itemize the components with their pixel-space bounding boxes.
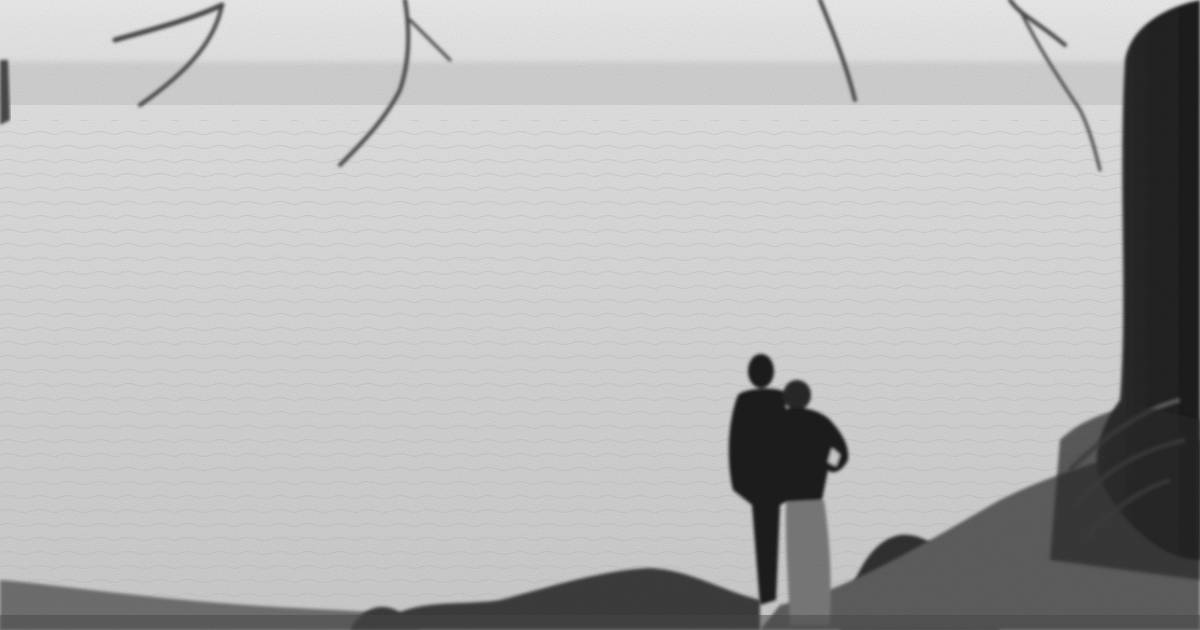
far-shore xyxy=(0,62,1200,110)
lakeshore-scene xyxy=(0,0,1200,630)
woman-legs xyxy=(786,500,831,625)
woman-head xyxy=(783,380,811,410)
photograph xyxy=(0,0,1200,630)
man-head xyxy=(748,354,774,388)
